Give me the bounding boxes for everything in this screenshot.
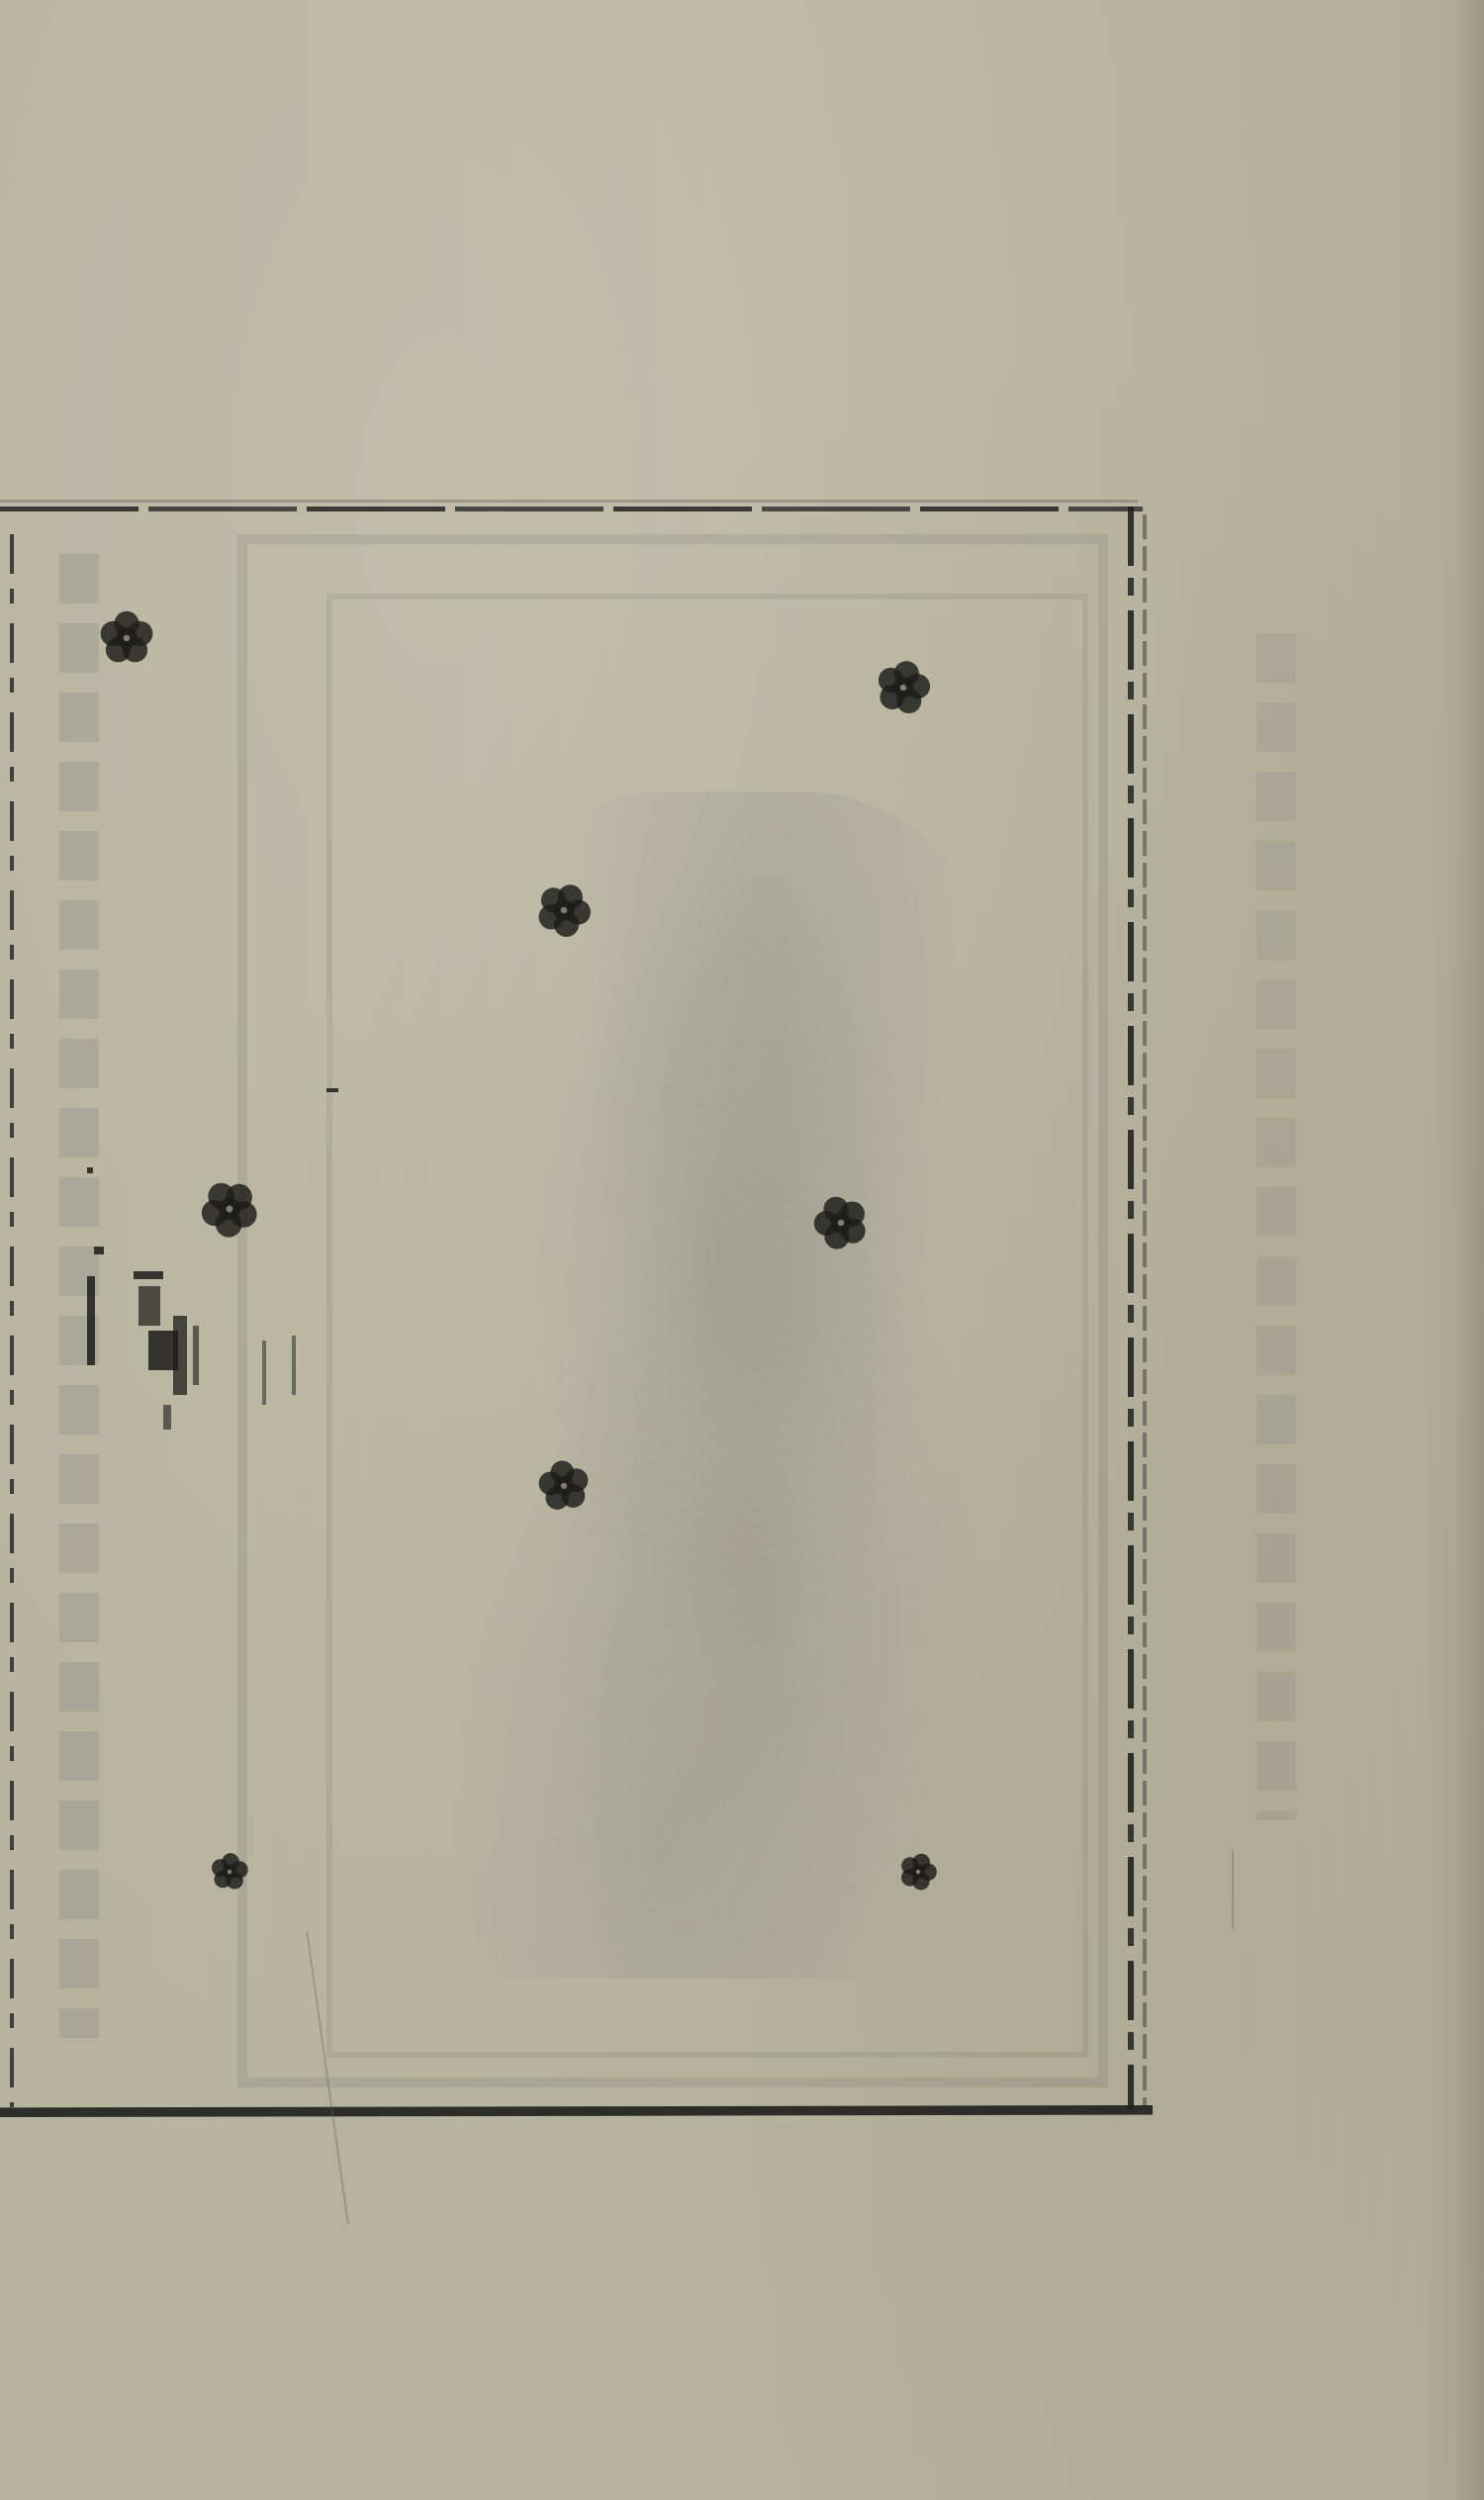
frame-top-border-faint: [0, 500, 1138, 503]
flower-mark-icon: [530, 1455, 598, 1518]
flower-mark-icon: [805, 1190, 877, 1255]
flower-mark-icon: [528, 878, 600, 943]
flower-mark-icon: [91, 605, 162, 671]
frame-right-border: [1128, 507, 1134, 2109]
flower-mark-icon: [205, 1849, 254, 1895]
page-edge-fold: [1454, 0, 1484, 2500]
frame-top-border: [0, 507, 1143, 511]
flower-mark-icon: [192, 1174, 267, 1244]
bleed-through-figure-illustration: [376, 791, 1088, 1979]
frame-left-border: [10, 534, 14, 2107]
flower-mark-icon: [868, 655, 939, 720]
paper-crease: [1232, 1850, 1234, 1929]
bleed-through-text-column: [1256, 633, 1296, 1820]
flower-mark-icon: [893, 1849, 943, 1895]
frame-right-border-double: [1143, 514, 1147, 2107]
